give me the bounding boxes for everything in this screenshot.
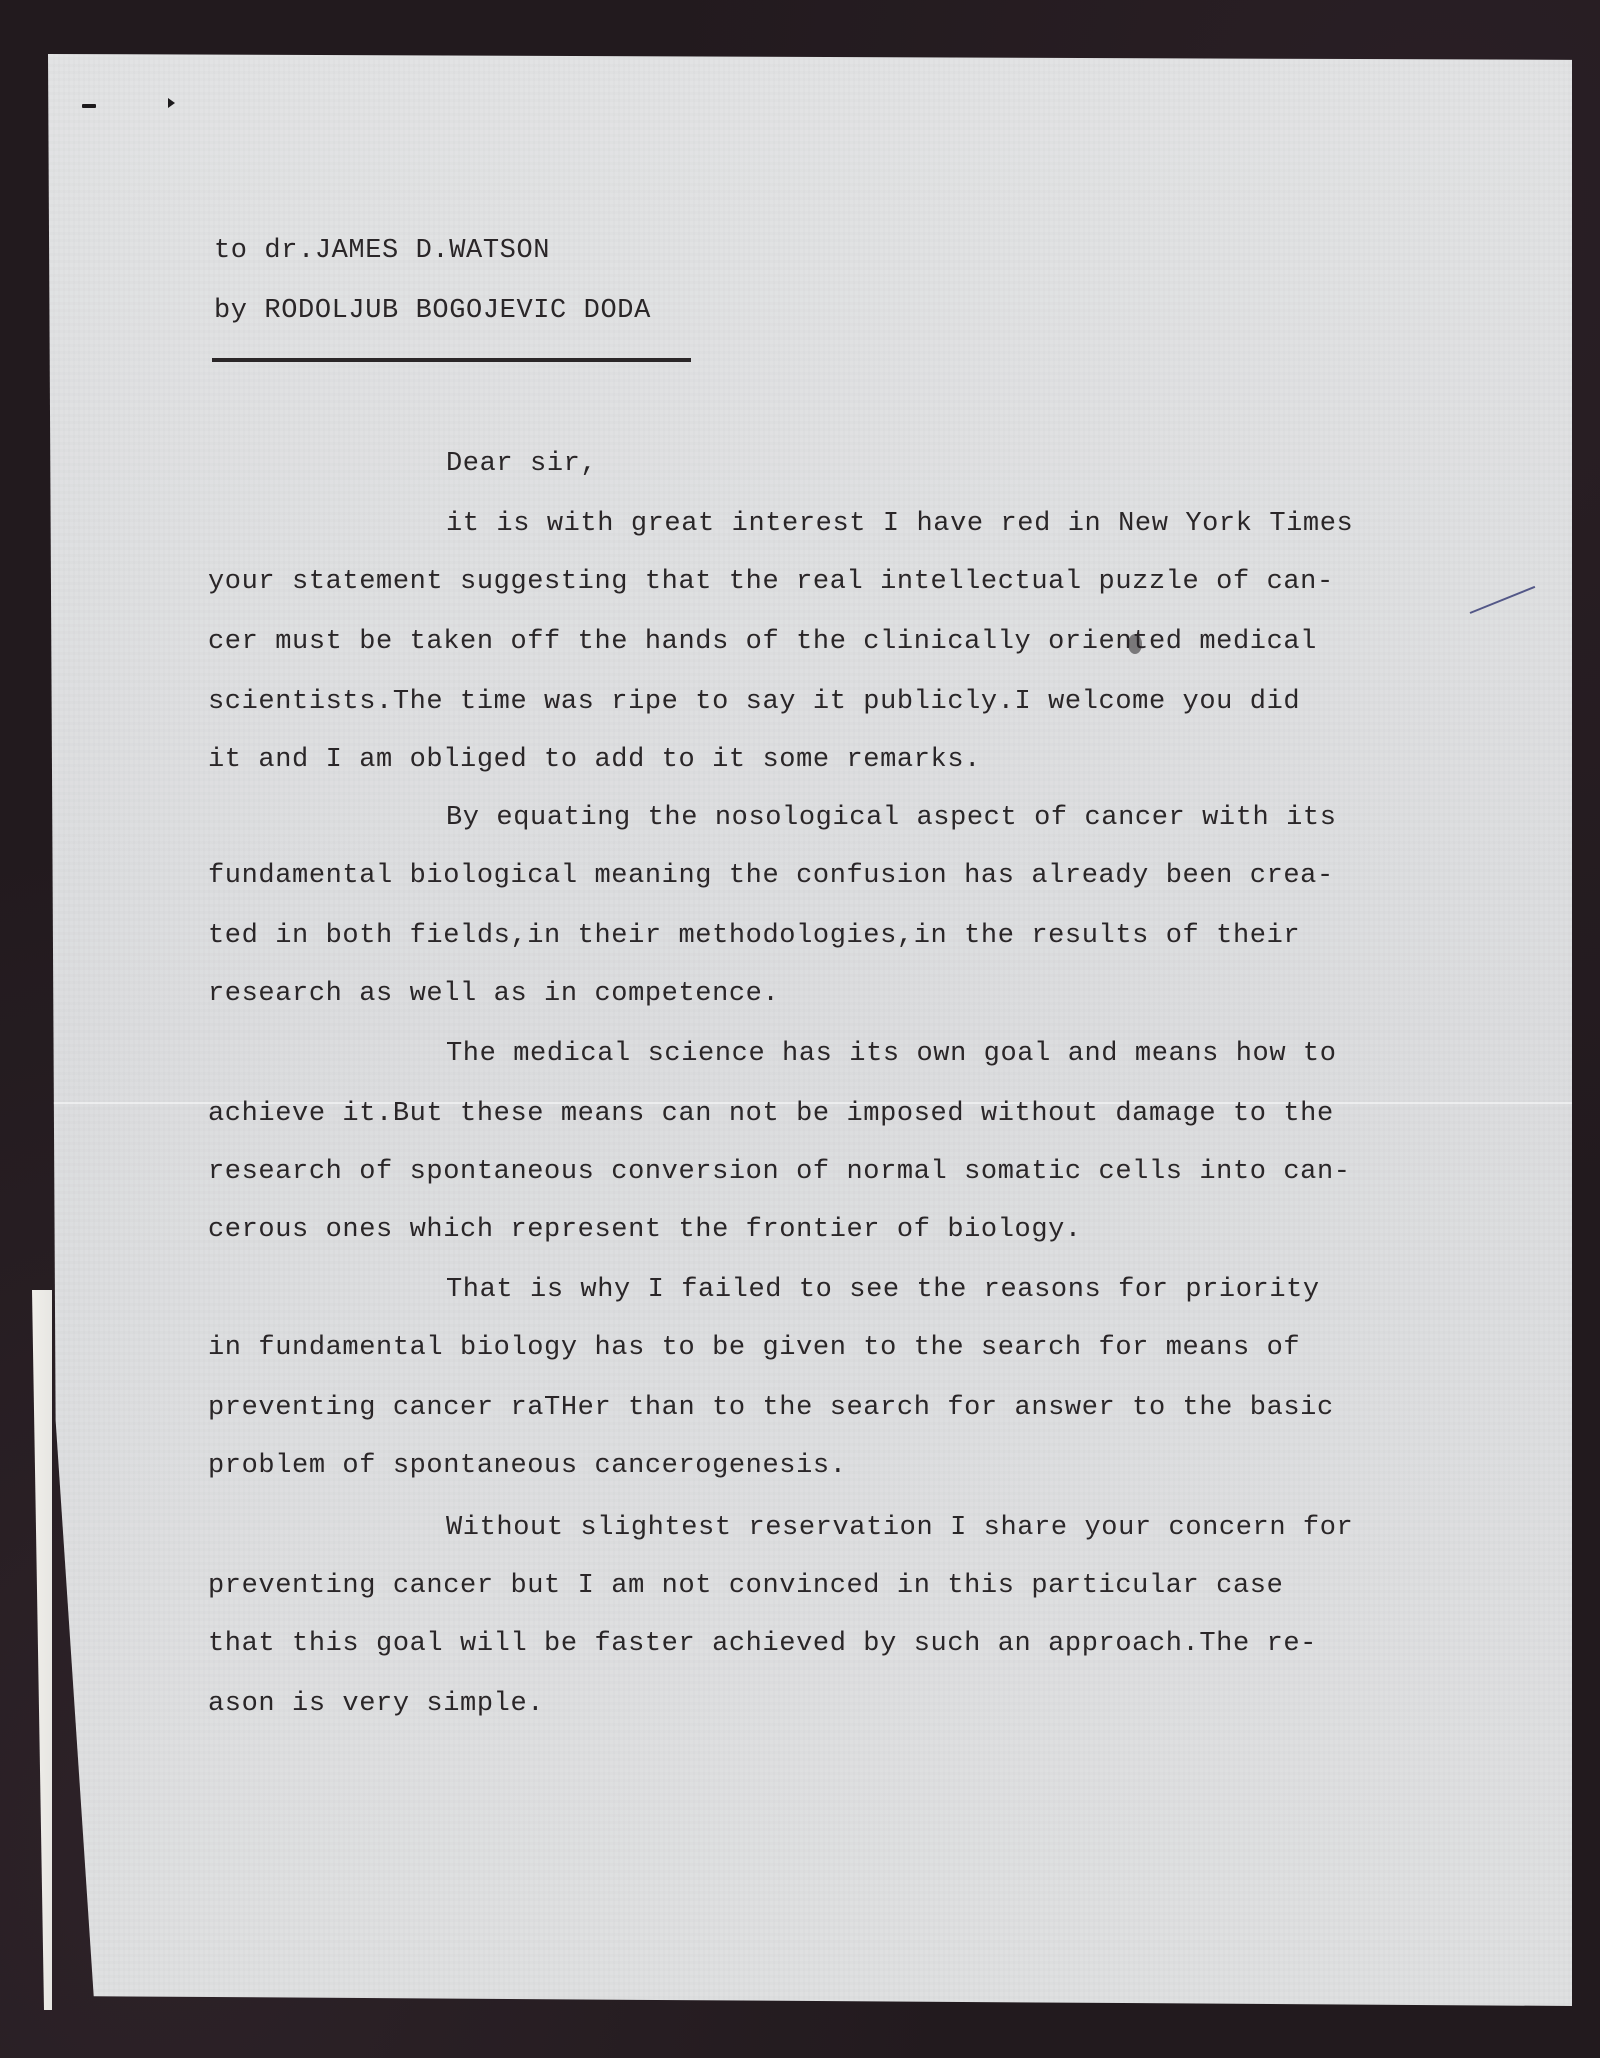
body-line: That is why I failed to see the reasons … [446,1274,1320,1306]
body-line: research of spontaneous conversion of no… [208,1156,1351,1188]
body-line: problem of spontaneous cancerogenesis. [208,1450,847,1482]
overtyped-letter-mark [1128,634,1142,654]
body-line: achieve it.But these means can not be im… [208,1098,1334,1130]
body-line: By equating the nosological aspect of ca… [446,802,1337,834]
recipient-line: to dr.JAMES D.WATSON [214,236,550,266]
body-line: your statement suggesting that the real … [208,566,1334,598]
body-line: ted in both fields,in their methodologie… [208,920,1300,952]
dash-mark-icon [82,104,96,108]
header-underline [212,358,691,362]
body-line: it is with great interest I have red in … [446,508,1353,540]
body-line: scientists.The time was ripe to say it p… [208,686,1300,718]
body-line: cer must be taken off the hands of the c… [208,626,1317,658]
body-line: preventing cancer but I am not convinced… [208,1570,1283,1602]
body-line: it and I am obliged to add to it some re… [208,744,981,776]
body-line: that this goal will be faster achieved b… [208,1628,1317,1660]
body-line: ason is very simple. [208,1688,544,1720]
body-line: Without slightest reservation I share yo… [446,1512,1353,1544]
body-line: research as well as in competence. [208,978,779,1010]
body-line: preventing cancer raTHer than to the sea… [208,1392,1334,1424]
body-line: in fundamental biology has to be given t… [208,1332,1300,1364]
salutation: Dear sir, [446,448,597,480]
arrow-mark-icon [168,98,175,108]
body-line: fundamental biological meaning the confu… [208,860,1334,892]
sender-line: by RODOLJUB BOGOJEVIC DODA [214,296,651,326]
body-line: The medical science has its own goal and… [446,1038,1337,1070]
body-line: cerous ones which represent the frontier… [208,1214,1082,1246]
